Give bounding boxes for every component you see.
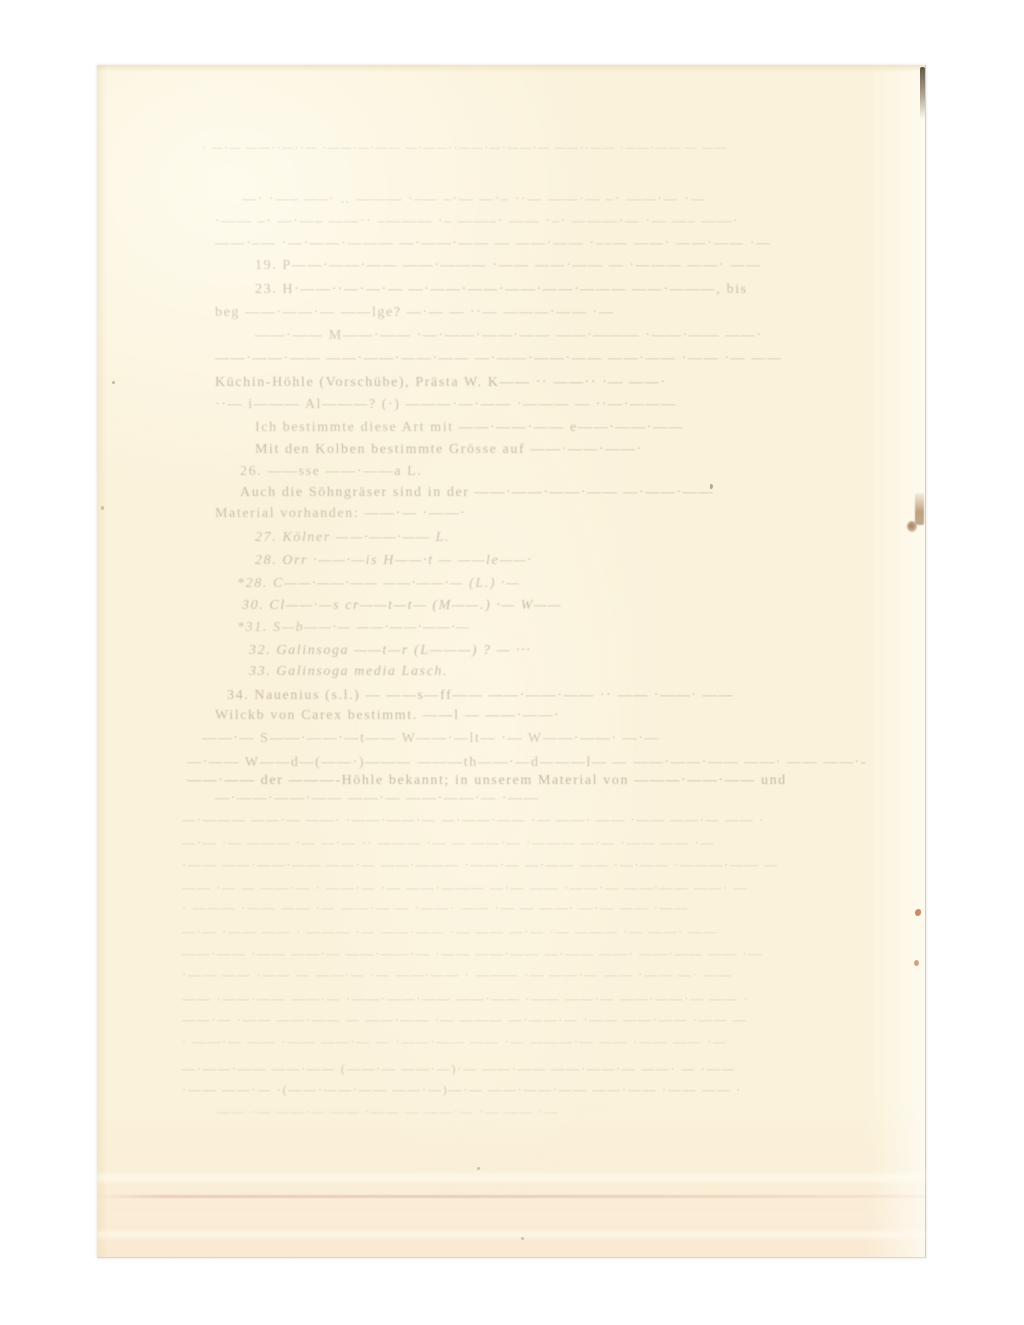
scanned-page: · —·— ——··—··— ·——·—·—— —·——··——·—·——·— …	[97, 65, 926, 1258]
scan-background: { "scan": { "background_color": "#ffffff…	[0, 0, 1024, 1325]
paper-speck	[101, 506, 104, 510]
ghost-text-line: ——·— ·—— ——·—— — ——·—— ·— ——— —·——·— ·——…	[182, 1013, 922, 1026]
ghost-text-line: —— ·— ——·— —— ·—— — ——·— ·— —— ·—	[217, 1105, 817, 1118]
ghost-text-line: 34. Nauenius (s.l.) — ——s—ff—— ——·——·—— …	[227, 689, 917, 703]
ghost-text-line: Ich bestimmte diese Art mit ——·——·—— e——…	[255, 421, 755, 435]
ghost-text-line: *31. S—b——·— ——·——·——·—	[237, 621, 567, 635]
ghost-text-line: ··— i——— Al———? (·) ———·—·—— ·——— — ··—·…	[215, 398, 755, 412]
ghost-text-line: —— ·——·—— ——·— ·——·——·—— ——·—— ·—— ——·— …	[182, 992, 932, 1005]
ghost-text-line: —·——·——·—— ——·— ——·——·— ·——	[215, 792, 695, 806]
ghost-text-line: · —·— ——··—··— ·——·—·—— —·——··——·—·——·— …	[202, 143, 822, 154]
ghost-text-line: ·—— ——·——·—— ——·— ——·——— ·——·— —·—— —— ·…	[182, 858, 927, 871]
ghost-text-line: · ——— ·—— —— ·— ——·— — ·——· —— ·— — ——· …	[182, 901, 912, 914]
ghost-text-line: Material vorhanden: ——·— ·——·	[215, 507, 635, 521]
ghost-text-line: ——·——·—— ——·——·——·—— —·——·——·—— ——·—— ·—…	[215, 352, 860, 366]
paper-speck	[112, 381, 115, 384]
ghost-text-line: beg ——·——·— ——lge? —·— — ··— ———·—— ·—	[215, 306, 735, 320]
scan-light-band	[97, 1173, 925, 1182]
ghost-text-line: ·—— ——·— ·(——·——·—— ——·—)—·— ——·——·—— ——…	[182, 1083, 922, 1096]
ghost-text-line: —·——·—— ——·—— (——·— ——·—)·— ——·—— ——·——·…	[182, 1062, 927, 1075]
ghost-text-line: ——·—— ·—— ——·— ——·——·— ·—— ——·—— —·—— ——…	[182, 947, 932, 960]
right-edge-ink-tick	[920, 67, 925, 119]
ghost-text-line: Mit den Kolben bestimmte Grösse auf ——·—…	[255, 443, 775, 457]
ghost-text-line: Küchin-Höhle (Vorschübe), Prästa W. K—— …	[215, 376, 875, 390]
paper-speck	[477, 1167, 480, 1170]
paper-speck	[710, 484, 713, 489]
right-edge-smudge	[915, 493, 924, 525]
ghost-text-line: ——·–— ·—·——·——— —·——·—— — ——·—— ·––— ——·…	[215, 237, 870, 251]
ghost-text-line: ·—— —— ·—— — ——·— ·— ——·—— · ——— ·— ——·—…	[182, 968, 927, 981]
ghost-text-line: ——·—— der ———-Höhle bekannt; in unserem …	[187, 774, 907, 788]
ghost-text-line: 28. Orr ·——·—is H——·t — ——le——·	[255, 554, 595, 568]
ghost-text-line: · ——·— —— ·—— ——·— — ·——·—— —— ·— ———·— …	[182, 1035, 912, 1048]
ghost-text-line: —·—— W——d—(——·)——— ———th——·—d———l— — ——·…	[187, 756, 887, 770]
ghost-text-line: Wilckb von Carex bestimmt. ——l — ——·——·	[215, 709, 775, 723]
ghost-text-line: ——·— S——·——·—t—— W——·—lt— ·— W——·——· —·—	[202, 732, 802, 746]
ghost-text-line: —·——— ——·— ——· ·——·——·— —·——·—— ·— ——· —…	[182, 813, 917, 826]
ghost-text-line: 19. P——·——·—— ——·——— ·—— ——·—— — ·——— ——…	[255, 259, 855, 273]
ghost-text-line: 26. ——sse ——·——a L.	[240, 465, 500, 479]
right-margin-speck-lower	[914, 960, 919, 966]
scan-light-band	[97, 1231, 925, 1238]
paper-speck	[521, 1237, 524, 1240]
ghost-text-line: Auch die Söhngräser sind in der ——·——·——…	[240, 486, 905, 500]
ghost-text-line: ——·—— M——·—— ·—·——·——·—— ——·——— ·——·—— —…	[255, 329, 835, 343]
ghost-text-line: 30. Cl——·—s cr——t—t— (M——.) ·— W——	[242, 599, 617, 613]
paper-crease-line	[97, 1195, 925, 1198]
ghost-text-line: —— ·— — ——·— · ——·— ·— ——·——— —·— —— ·——…	[182, 881, 932, 894]
ghost-text-line: 27. Kölner ——·——·—— L.	[255, 531, 555, 545]
ghost-text-line: 32. Galinsoga ——t—r (L———) ? — ···	[249, 644, 639, 658]
ghost-text-line: —·— ·—— —— · ——— ·— ——·—— ·— —— —·— ·— —…	[182, 925, 922, 938]
ghost-text-line: ·—— –· —·—– ——·· –——— ·– ——–· —— ·–· ———…	[215, 215, 855, 229]
ghost-text-line: 33. Galinsoga media Lasch.	[249, 665, 539, 679]
ghost-text-line: —· ·—– —–· ‥ ——— ·–— –·— —·– ··— ——·— –·…	[242, 193, 812, 207]
right-edge-smudge-dot	[907, 521, 917, 532]
right-margin-speck-upper	[915, 909, 921, 916]
ghost-text-line: *28. C——·——·—— ——·——·— (L.) ·—	[237, 577, 587, 591]
ghost-text-line: 23. H·——··—·—·— —·——·——·——·——·——— ——·———…	[255, 283, 875, 297]
ghost-text-line: —·— ·— ——— ·— —·— ·· ——— ·— — ——·— ·——— …	[182, 836, 922, 849]
